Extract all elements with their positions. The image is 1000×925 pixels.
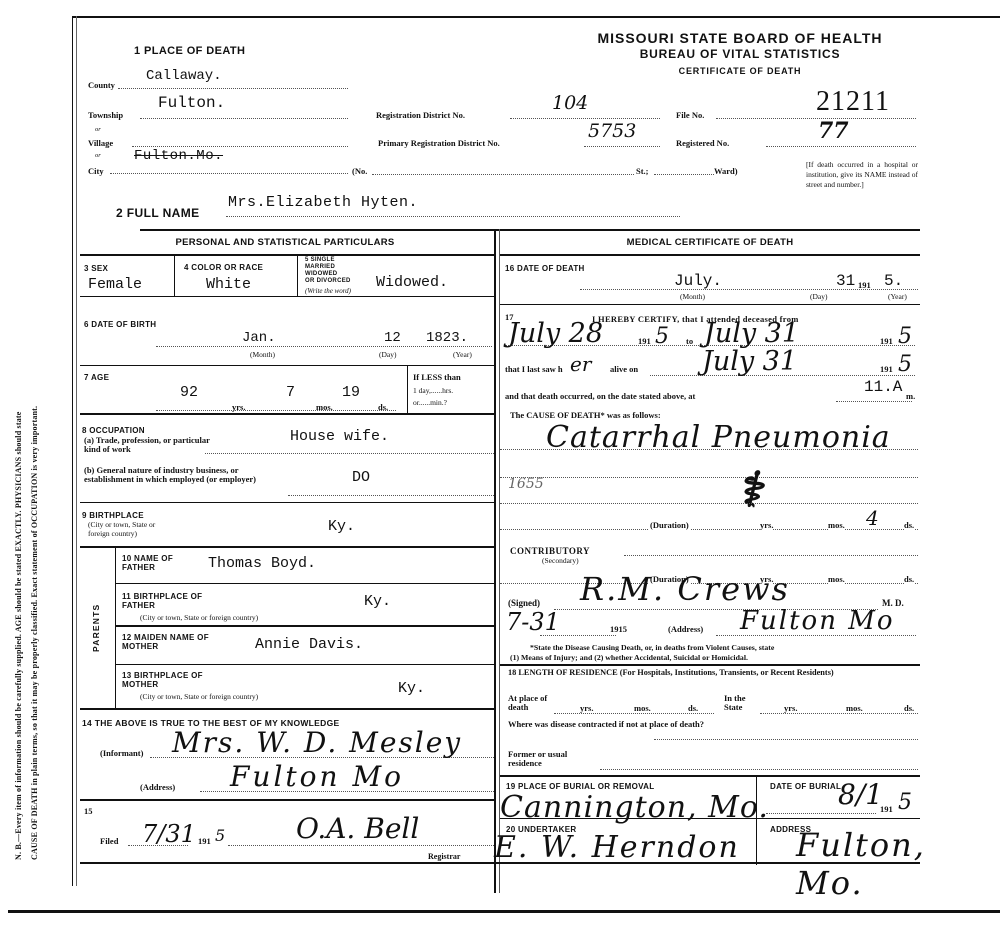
duration2-mos-label: mos.: [828, 574, 845, 584]
dod-month-caption: (Month): [680, 292, 705, 301]
dob-day: 12: [384, 330, 401, 346]
cause-label: The CAUSE OF DEATH* was as follows:: [510, 410, 661, 420]
registered-no-field[interactable]: 77: [766, 128, 916, 147]
father-bp-hint: (City or town, State or foreign country): [140, 613, 258, 622]
last-saw-date: July 31: [702, 346, 797, 377]
filed-year-suffix: 5: [215, 826, 225, 845]
physician-address-label: (Address): [668, 624, 703, 634]
less-day-label: 1 day,......hrs.: [413, 386, 453, 395]
dob-month: Jan.: [242, 330, 276, 346]
marital-label-divorced: OR DIVORCED: [305, 278, 351, 285]
file-no-label: File No.: [676, 110, 704, 120]
in-state-ds: ds.: [904, 703, 914, 713]
mother-name-value[interactable]: Annie Davis.: [255, 636, 363, 653]
last-saw-pronoun: er: [570, 352, 591, 376]
signed-year: 1915: [610, 624, 627, 634]
occ-a-label: (a) Trade, profession, or particular kin…: [84, 436, 214, 454]
personal-section-title: PERSONAL AND STATISTICAL PARTICULARS: [80, 237, 490, 248]
last-saw-year-prefix: 191: [880, 364, 893, 374]
ward-label: Ward): [714, 166, 738, 176]
cause-field-3[interactable]: [500, 500, 918, 504]
or-2: or: [95, 152, 101, 159]
undertaker-rule: [500, 862, 920, 864]
race-label: 4 COLOR OR RACE: [184, 263, 263, 272]
file-no-field[interactable]: 21211: [716, 100, 916, 119]
place-of-death-label: 1 PLACE OF DEATH: [134, 45, 245, 57]
to-label: to: [686, 336, 693, 346]
last-saw-year: 5: [898, 352, 912, 377]
contracted-label: Where was disease contracted if not at p…: [508, 720, 708, 729]
medical-title-rule: [500, 254, 920, 256]
attended-from-year-prefix: 191: [638, 336, 651, 346]
father-name-label-text: 10 NAME OF FATHER: [122, 554, 173, 572]
city-value: Fulton.Mo.: [134, 148, 223, 164]
dob-year-caption: (Year): [453, 350, 472, 359]
former-field[interactable]: [600, 766, 918, 770]
marital-label-widowed: WIDOWED: [305, 271, 351, 278]
ward-field[interactable]: [654, 166, 714, 175]
informant-address-label: (Address): [140, 782, 175, 792]
attended-from: July 28: [508, 318, 603, 349]
at-place-mos: mos.: [634, 703, 651, 713]
dob-month-caption: (Month): [250, 350, 275, 359]
birthplace-label: 9 BIRTHPLACE: [82, 511, 144, 520]
street-no-label: (No.: [352, 166, 367, 176]
registered-no-label: Registered No.: [676, 138, 729, 148]
burial-divider: [756, 775, 757, 865]
in-state-label: In the State: [724, 694, 764, 712]
center-divider: [494, 229, 496, 893]
marital-value[interactable]: Widowed.: [376, 274, 448, 291]
margin-note-line1: N. B.—Every item of information should b…: [14, 411, 23, 860]
less-than-label: If LESS than: [413, 372, 461, 382]
occ-a-field[interactable]: [205, 445, 494, 454]
former-label: Former or usual residence: [508, 750, 578, 768]
race-marital-divider: [297, 254, 298, 296]
attended-to-year: 5: [898, 324, 912, 349]
cause-note: 1655: [508, 476, 544, 492]
marital-hint: (Write the word): [305, 287, 351, 295]
birthplace-rule: [80, 546, 494, 548]
secondary-label: (Secondary): [542, 556, 579, 565]
township-label: Township: [88, 110, 123, 120]
burial-rule: [500, 818, 920, 819]
dod-year-suffix: 5.: [884, 272, 903, 290]
city-label: City: [88, 166, 104, 176]
burial-year-suffix: 5: [898, 790, 912, 815]
parents-divider: [115, 546, 116, 710]
duration-label: (Duration): [648, 520, 691, 530]
residence-label: 18 LENGTH OF RESIDENCE (For Hospitals, I…: [508, 668, 918, 678]
or-1: or: [95, 126, 101, 133]
org-title: MISSOURI STATE BOARD OF HEALTH: [560, 30, 920, 46]
registrar-label: Registrar: [428, 852, 460, 861]
physician-address: Fulton Mo: [740, 606, 895, 636]
marital-label-married: MARRIED: [305, 264, 351, 271]
attended-to: July 31: [704, 318, 799, 349]
father-name-label: 10 NAME OF FATHER: [122, 554, 192, 572]
footnote-line2: (1) Means of Injury; and (2) whether Acc…: [510, 653, 748, 662]
contracted-field[interactable]: [654, 736, 918, 740]
cause-field-2[interactable]: [500, 474, 918, 478]
bottom-border: [8, 910, 1000, 913]
occupation-label: 8 OCCUPATION: [82, 426, 145, 435]
attended-from-year: 5: [655, 324, 669, 349]
contributory-field[interactable]: [624, 552, 918, 556]
occ-a-value: House wife.: [290, 428, 389, 445]
name-divider: [140, 229, 920, 231]
mother-bp-value[interactable]: Ky.: [398, 680, 425, 697]
primary-reg-value: 5753: [588, 120, 636, 142]
left-border: [72, 16, 73, 886]
mother-bp-label: 13 BIRTHPLACE OF MOTHER: [122, 671, 217, 689]
dod-month: July.: [674, 272, 722, 290]
full-name-label: 2 FULL NAME: [116, 206, 200, 220]
age-rule: [80, 413, 494, 415]
birthplace-value[interactable]: Ky.: [328, 518, 355, 535]
last-saw-label: that I last saw h: [505, 364, 563, 374]
burial-date-label: DATE OF BURIAL: [770, 782, 841, 791]
filing-num: 15: [84, 806, 93, 816]
township-field[interactable]: Fulton.: [140, 100, 348, 119]
reg-district-value: 104: [552, 92, 588, 114]
occ-b-value: DO: [352, 469, 370, 486]
street-label: St.;: [636, 166, 649, 176]
reg-district-label: Registration District No.: [376, 110, 465, 120]
primary-reg-field[interactable]: 5753: [584, 128, 660, 147]
footnote-line1: *State the Disease Causing Death, or, in…: [530, 643, 774, 652]
sex-label: 3 SEX: [84, 264, 108, 273]
at-place-yrs: yrs.: [580, 703, 593, 713]
age-label: 7 AGE: [84, 373, 109, 382]
alive-on-label: alive on: [610, 364, 638, 374]
parents-bottom-rule: [80, 708, 494, 710]
burial-year-prefix: 191: [880, 804, 893, 814]
dob-rule: [80, 365, 494, 366]
in-state-mos: mos.: [846, 703, 863, 713]
occ-b-field[interactable]: [288, 487, 494, 496]
age-years[interactable]: 92: [180, 384, 198, 401]
marital-label-single: 5 SINGLE: [305, 257, 351, 264]
dob-year: 1823.: [426, 330, 468, 346]
mother-name-rule: [115, 664, 494, 665]
village-label: Village: [88, 138, 113, 148]
death-time-field[interactable]: [836, 398, 912, 402]
filed-year-prefix: 191: [198, 836, 211, 846]
death-time-text: and that death occurred, on the date sta…: [505, 391, 695, 401]
physician-signature: R.M. Crews: [580, 570, 790, 608]
father-bp-rule: [115, 625, 494, 627]
dod-day: 31: [836, 272, 855, 290]
duration-days: 4: [866, 506, 879, 530]
dod-day-caption: (Day): [810, 292, 828, 301]
form-title: CERTIFICATE OF DEATH: [600, 66, 880, 76]
informant-address-value: Fulton Mo: [230, 760, 404, 793]
county-label: County: [88, 80, 115, 90]
father-name-rule: [115, 583, 494, 584]
duration-field[interactable]: [500, 526, 918, 530]
signed-label: (Signed): [508, 598, 540, 608]
age-less-divider: [407, 365, 408, 413]
full-name-value: Mrs.Elizabeth Hyten.: [228, 194, 418, 211]
marital-label: 5 SINGLE MARRIED WIDOWED OR DIVORCED: [305, 257, 351, 285]
bureau-title: BUREAU OF VITAL STATISTICS: [580, 47, 900, 61]
physician-initials-mark: ⚕: [736, 462, 762, 518]
registrar-signature: O.A. Bell: [296, 812, 419, 845]
undertaker-value: E. W. Herndon: [494, 830, 740, 865]
burial-place-value: Cannington, Mo.: [500, 790, 769, 825]
margin-note-line2: CAUSE OF DEATH in plain terms, so that i…: [30, 406, 39, 860]
duration-ds-label: ds.: [904, 520, 914, 530]
full-name-field[interactable]: Mrs.Elizabeth Hyten.: [226, 196, 680, 217]
at-place-ds: ds.: [688, 703, 698, 713]
parents-label: PARENTS: [91, 604, 101, 652]
birthplace-hint: (City or town, State or foreign country): [88, 520, 178, 538]
race-value[interactable]: White: [206, 276, 251, 293]
less-min-label: or......min.?: [413, 398, 447, 407]
county-value: Callaway.: [146, 68, 222, 84]
row1-rule: [80, 296, 494, 297]
duration-yrs-label: yrs.: [760, 520, 773, 530]
age-dotline: [156, 402, 396, 411]
dod-year-prefix: 191: [858, 280, 871, 290]
occ-rule: [80, 502, 494, 503]
file-no-value: 21211: [816, 86, 890, 118]
dod-rule: [500, 304, 920, 305]
dob-day-caption: (Day): [379, 350, 397, 359]
dod-year-caption: (Year): [888, 292, 907, 301]
personal-title-rule: [80, 254, 494, 256]
death-time-value: 11.A: [864, 378, 902, 396]
cause-value: Catarrhal Pneumonia: [546, 420, 891, 455]
county-field[interactable]: Callaway.: [118, 72, 348, 89]
mother-name-label: 12 MAIDEN NAME OF MOTHER: [122, 633, 212, 651]
occ-b-label: (b) General nature of industry business,…: [84, 466, 274, 484]
attended-to-year-prefix: 191: [880, 336, 893, 346]
left-border-inner: [76, 16, 77, 886]
burial-date-value: 8/1: [838, 778, 883, 811]
filed-label: Filed: [100, 836, 118, 846]
at-place-label: At place of death: [508, 694, 558, 712]
filed-rule: [80, 862, 500, 864]
township-value: Fulton.: [158, 94, 225, 112]
undertaker-address-value: Fulton, Mo.: [796, 826, 1000, 902]
father-bp-value[interactable]: Ky.: [364, 593, 391, 610]
filed-date: 7/31: [142, 820, 196, 848]
sex-value[interactable]: Female: [88, 276, 142, 293]
residence-rule: [500, 775, 920, 777]
duration-mos-label: mos.: [828, 520, 845, 530]
death-time-suffix: m.: [906, 391, 915, 401]
top-border: [72, 16, 1000, 18]
informant-value: Mrs. W. D. Mesley: [172, 726, 462, 759]
registered-no-value: 77: [818, 118, 849, 144]
street-no-field[interactable]: [372, 166, 634, 175]
village-field[interactable]: [132, 136, 348, 147]
dob-label: 6 DATE OF BIRTH: [84, 320, 156, 329]
duration2-ds-label: ds.: [904, 574, 914, 584]
informant-rule: [80, 799, 494, 801]
father-bp-label: 11 BIRTHPLACE OF FATHER: [122, 592, 217, 610]
signed-date-field[interactable]: [540, 632, 616, 636]
sex-race-divider: [174, 254, 175, 296]
medical-section-title: MEDICAL CERTIFICATE OF DEATH: [500, 237, 920, 248]
informant-label: (Informant): [100, 748, 143, 758]
age-days[interactable]: 19: [342, 384, 360, 401]
dod-label: 16 DATE OF DEATH: [505, 264, 585, 273]
primary-reg-label: Primary Registration District No.: [378, 138, 500, 148]
footnote-rule: [500, 664, 920, 666]
hospital-note: [If death occurred in a hospital or inst…: [806, 160, 918, 190]
contributory-label: CONTRIBUTORY: [510, 546, 590, 556]
city-field[interactable]: Fulton.Mo.: [110, 154, 348, 174]
father-name-value[interactable]: Thomas Boyd.: [208, 555, 316, 572]
mother-bp-hint: (City or town, State or foreign country): [140, 692, 258, 701]
in-state-yrs: yrs.: [784, 703, 797, 713]
reg-district-field[interactable]: 104: [510, 100, 660, 119]
age-months[interactable]: 7: [286, 384, 295, 401]
